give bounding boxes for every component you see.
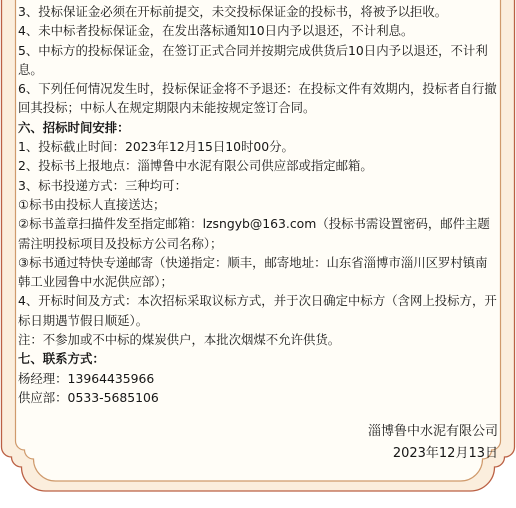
paragraph: ③标书通过特快专递邮寄（快递指定：顺丰，邮寄地址：山东省淄博市淄川区罗村镇南韩工… [18, 253, 498, 292]
signature-date: 2023年12月13日 [18, 443, 498, 465]
paragraph: 1、投标截止时间：2023年12月15日10时00分。 [18, 137, 498, 156]
signature-company: 淄博鲁中水泥有限公司 [18, 421, 498, 443]
paragraph: 3、投标保证金必须在开标前提交，未交投标保证金的投标书，将被予以拒收。 [18, 2, 498, 21]
paragraph-list: 3、投标保证金必须在开标前提交，未交投标保证金的投标书，将被予以拒收。4、未中标… [18, 2, 498, 407]
paragraph: 6、下列任何情况发生时，投标保证金将不予退还：在投标文件有效期内，投标者自行撤回… [18, 79, 498, 118]
paragraph: ①标书由投标人直接送达； [18, 195, 498, 214]
paragraph: 七、联系方式： [18, 349, 498, 368]
signature-block: 淄博鲁中水泥有限公司 2023年12月13日 [18, 421, 498, 464]
tender-notice-page: 3、投标保证金必须在开标前提交，未交投标保证金的投标书，将被予以拒收。4、未中标… [0, 0, 516, 508]
paragraph: 4、未中标者投标保证金，在发出落标通知10日内予以退还，不计利息。 [18, 21, 498, 40]
paragraph: 5、中标方的投标保证金，在签订正式合同并按期完成供货后10日内予以退还，不计利息… [18, 41, 498, 80]
paragraph: ②标书盖章扫描件发至指定邮箱：lzsngyb@163.com（投标书需设置密码，… [18, 214, 498, 253]
paragraph: 注：不参加或不中标的煤炭供户，本批次烟煤不允许供货。 [18, 330, 498, 349]
paragraph: 2、投标书上报地点：淄博鲁中水泥有限公司供应部或指定邮箱。 [18, 156, 498, 175]
paragraph: 杨经理：13964435966 [18, 369, 498, 388]
paragraph: 3、标书投递方式：三种均可： [18, 176, 498, 195]
document-content: 3、投标保证金必须在开标前提交，未交投标保证金的投标书，将被予以拒收。4、未中标… [18, 2, 498, 464]
paragraph: 4、开标时间及方式：本次招标采取议标方式，并于次日确定中标方（含网上投标方，开标… [18, 291, 498, 330]
paragraph: 六、招标时间安排： [18, 118, 498, 137]
paragraph: 供应部：0533-5685106 [18, 388, 498, 407]
